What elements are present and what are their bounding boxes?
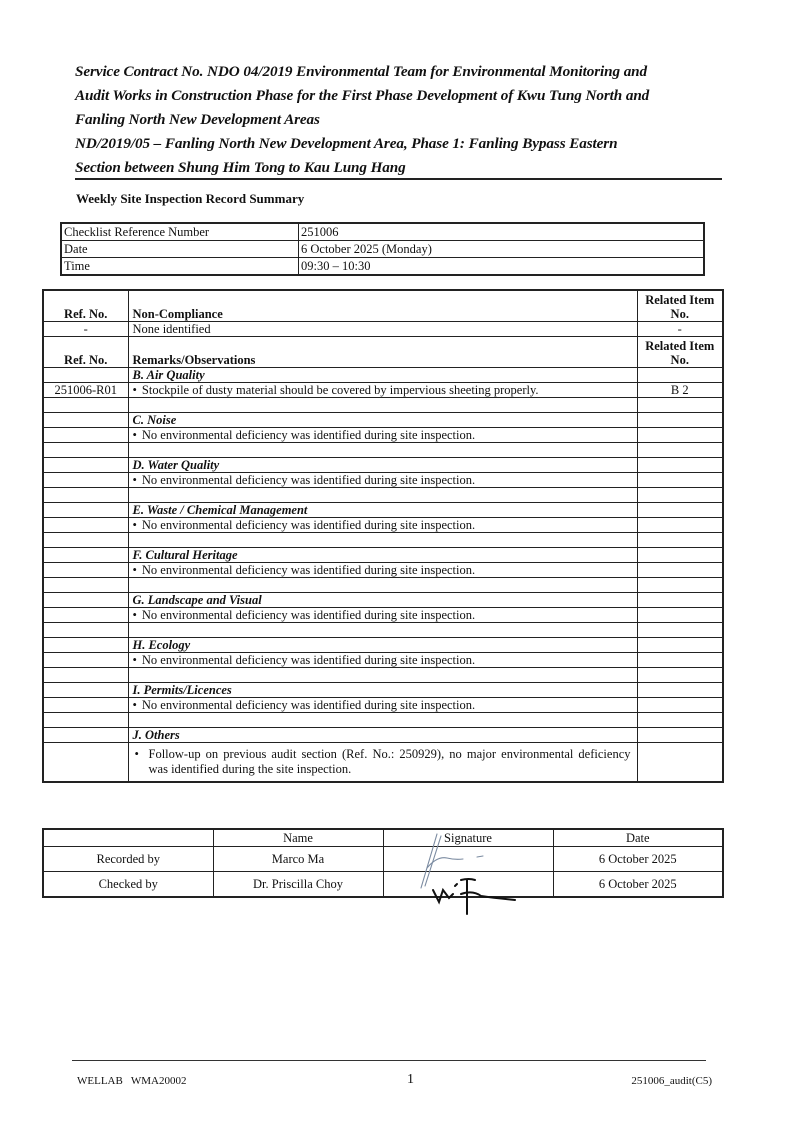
ref-cell <box>43 368 128 383</box>
related-cell <box>637 368 723 383</box>
table-row: No environmental deficiency was identifi… <box>43 428 723 443</box>
empty-cell <box>637 668 723 683</box>
inspection-table: Ref. No. Non-Compliance Related Item No.… <box>42 289 724 783</box>
checklist-meta-table: Checklist Reference Number 251006 Date 6… <box>60 222 705 276</box>
observation-cell: No environmental deficiency was identifi… <box>128 428 637 443</box>
ref-cell <box>43 593 128 608</box>
observation-cell: No environmental deficiency was identifi… <box>128 518 637 533</box>
ref-cell <box>43 503 128 518</box>
category-title-text: E. Waste / Chemical Management <box>133 503 308 517</box>
col-header-name: Name <box>213 829 383 847</box>
category-title: C. Noise <box>128 413 637 428</box>
empty-cell <box>637 623 723 638</box>
col-header-ref: Ref. No. <box>43 337 128 368</box>
table-row: •Follow-up on previous audit section (Re… <box>43 743 723 783</box>
related-cell <box>637 518 723 533</box>
category-title-text: G. Landscape and Visual <box>133 593 262 607</box>
related-cell <box>637 728 723 743</box>
related-cell <box>637 458 723 473</box>
observation-text: No environmental deficiency was identifi… <box>133 653 476 667</box>
observation-text: No environmental deficiency was identifi… <box>133 473 476 487</box>
table-row: No environmental deficiency was identifi… <box>43 563 723 578</box>
empty-cell <box>637 488 723 503</box>
category-title-text: D. Water Quality <box>133 458 220 472</box>
observation-text: No environmental deficiency was identifi… <box>133 428 476 442</box>
header-line: Section between Shung Him Tong to Kau Lu… <box>75 156 707 180</box>
meta-row: Checklist Reference Number 251006 <box>61 223 704 241</box>
table-row: No environmental deficiency was identifi… <box>43 653 723 668</box>
empty-cell <box>43 623 128 638</box>
related-cell: B 2 <box>637 383 723 398</box>
col-header-remarks: Remarks/Observations <box>128 337 637 368</box>
empty-cell <box>637 398 723 413</box>
ref-cell: 251006-R01 <box>43 383 128 398</box>
related-cell <box>637 608 723 623</box>
observation-cell: No environmental deficiency was identifi… <box>128 473 637 488</box>
empty-cell <box>43 668 128 683</box>
spacer-row <box>43 578 723 593</box>
related-cell <box>637 473 723 488</box>
category-title-text: B. Air Quality <box>133 368 205 382</box>
table-row: - None identified - <box>43 322 723 337</box>
category-row: D. Water Quality <box>43 458 723 473</box>
related-cell <box>637 743 723 783</box>
document-header: Service Contract No. NDO 04/2019 Environ… <box>75 60 707 180</box>
ref-cell <box>43 638 128 653</box>
date-cell: 6 October 2025 <box>553 872 723 898</box>
category-row: B. Air Quality <box>43 368 723 383</box>
meta-label: Date <box>61 241 299 258</box>
spacer-row <box>43 398 723 413</box>
observation-cell: No environmental deficiency was identifi… <box>128 563 637 578</box>
header-line: Audit Works in Construction Phase for th… <box>75 84 707 108</box>
category-title-text: I. Permits/Licences <box>133 683 232 697</box>
section-heading: Weekly Site Inspection Record Summary <box>76 191 304 207</box>
meta-value: 251006 <box>299 223 705 241</box>
ref-cell <box>43 683 128 698</box>
category-title-text: J. Others <box>133 728 180 742</box>
footer-divider <box>72 1060 706 1061</box>
related-cell <box>637 428 723 443</box>
related-cell: - <box>637 322 723 337</box>
signoff-row: Recorded by Marco Ma 6 October 2025 <box>43 847 723 872</box>
related-cell <box>637 413 723 428</box>
empty-cell <box>637 713 723 728</box>
observation-text: No environmental deficiency was identifi… <box>133 608 476 622</box>
empty-cell <box>128 578 637 593</box>
related-cell <box>637 638 723 653</box>
category-title-text: C. Noise <box>133 413 177 427</box>
related-cell <box>637 548 723 563</box>
ref-cell <box>43 698 128 713</box>
category-row: I. Permits/Licences <box>43 683 723 698</box>
ref-cell <box>43 413 128 428</box>
header-divider <box>75 178 722 180</box>
meta-row: Time 09:30 – 10:30 <box>61 258 704 276</box>
table-row: No environmental deficiency was identifi… <box>43 698 723 713</box>
related-cell <box>637 683 723 698</box>
non-compliance-header-row: Ref. No. Non-Compliance Related Item No. <box>43 290 723 322</box>
meta-value: 09:30 – 10:30 <box>299 258 705 276</box>
ref-cell <box>43 518 128 533</box>
col-header-related: Related Item No. <box>637 337 723 368</box>
meta-row: Date 6 October 2025 (Monday) <box>61 241 704 258</box>
category-title-text: H. Ecology <box>133 638 191 652</box>
ref-cell <box>43 608 128 623</box>
footer-company-ref: WELLAB WMA20002 <box>77 1075 186 1087</box>
category-title: E. Waste / Chemical Management <box>128 503 637 518</box>
meta-label: Checklist Reference Number <box>61 223 299 241</box>
spacer-row <box>43 533 723 548</box>
empty-cell <box>43 578 128 593</box>
header-line: Fanling North New Development Areas <box>75 108 707 132</box>
header-line: ND/2019/05 – Fanling North New Developme… <box>75 132 707 156</box>
footer-doc-id: 251006_audit(C5) <box>631 1075 712 1087</box>
category-title: F. Cultural Heritage <box>128 548 637 563</box>
header-line: Service Contract No. NDO 04/2019 Environ… <box>75 60 707 84</box>
spacer-row <box>43 443 723 458</box>
empty-cell <box>43 398 128 413</box>
table-row: No environmental deficiency was identifi… <box>43 518 723 533</box>
ref-cell <box>43 458 128 473</box>
empty-cell <box>128 533 637 548</box>
remarks-header-row: Ref. No. Remarks/Observations Related It… <box>43 337 723 368</box>
col-header-date: Date <box>553 829 723 847</box>
spacer-row <box>43 623 723 638</box>
desc-cell: None identified <box>128 322 637 337</box>
empty-cell <box>637 533 723 548</box>
observation-text: Stockpile of dusty material should be co… <box>133 383 539 397</box>
table-row: 251006-R01Stockpile of dusty material sh… <box>43 383 723 398</box>
category-row: E. Waste / Chemical Management <box>43 503 723 518</box>
category-row: C. Noise <box>43 413 723 428</box>
empty-cell <box>128 398 637 413</box>
empty-cell <box>43 713 128 728</box>
col-header-related: Related Item No. <box>637 290 723 322</box>
observation-cell: Stockpile of dusty material should be co… <box>128 383 637 398</box>
signature-cell <box>383 847 553 872</box>
observation-text: No environmental deficiency was identifi… <box>133 698 476 712</box>
empty-cell <box>43 488 128 503</box>
empty-cell <box>637 578 723 593</box>
signature-cell <box>383 872 553 898</box>
category-title: D. Water Quality <box>128 458 637 473</box>
meta-label: Time <box>61 258 299 276</box>
empty-cell <box>43 443 128 458</box>
observation-text: No environmental deficiency was identifi… <box>133 563 476 577</box>
name-cell: Marco Ma <box>213 847 383 872</box>
role-cell: Checked by <box>43 872 213 898</box>
ref-cell <box>43 428 128 443</box>
observation-cell: •Follow-up on previous audit section (Re… <box>128 743 637 783</box>
empty-cell <box>128 488 637 503</box>
ref-cell: - <box>43 322 128 337</box>
category-row: G. Landscape and Visual <box>43 593 723 608</box>
category-title: H. Ecology <box>128 638 637 653</box>
empty-cell <box>43 533 128 548</box>
related-cell <box>637 653 723 668</box>
bullet-icon: • <box>135 747 149 777</box>
spacer-row <box>43 488 723 503</box>
observation-cell: No environmental deficiency was identifi… <box>128 698 637 713</box>
ref-cell <box>43 653 128 668</box>
signoff-table: Name Signature Date Recorded by Marco Ma… <box>42 828 724 898</box>
category-title: I. Permits/Licences <box>128 683 637 698</box>
role-cell: Recorded by <box>43 847 213 872</box>
date-cell: 6 October 2025 <box>553 847 723 872</box>
category-title: B. Air Quality <box>128 368 637 383</box>
observation-cell: No environmental deficiency was identifi… <box>128 653 637 668</box>
col-header-non-compliance: Non-Compliance <box>128 290 637 322</box>
col-header-role <box>43 829 213 847</box>
related-cell <box>637 563 723 578</box>
empty-cell <box>128 668 637 683</box>
empty-cell <box>128 713 637 728</box>
observation-cell: No environmental deficiency was identifi… <box>128 608 637 623</box>
ref-cell <box>43 548 128 563</box>
table-row: No environmental deficiency was identifi… <box>43 473 723 488</box>
category-title: J. Others <box>128 728 637 743</box>
page-number: 1 <box>407 1072 414 1088</box>
meta-value: 6 October 2025 (Monday) <box>299 241 705 258</box>
related-cell <box>637 593 723 608</box>
observation-wrap: •Follow-up on previous audit section (Re… <box>133 747 633 777</box>
related-cell <box>637 503 723 518</box>
signoff-header-row: Name Signature Date <box>43 829 723 847</box>
empty-cell <box>128 443 637 458</box>
table-row: No environmental deficiency was identifi… <box>43 608 723 623</box>
signoff-row: Checked by Dr. Priscilla Choy 6 October … <box>43 872 723 898</box>
ref-cell <box>43 563 128 578</box>
spacer-row <box>43 713 723 728</box>
category-title: G. Landscape and Visual <box>128 593 637 608</box>
empty-cell <box>128 623 637 638</box>
category-title-text: F. Cultural Heritage <box>133 548 238 562</box>
empty-cell <box>637 443 723 458</box>
category-row: H. Ecology <box>43 638 723 653</box>
ref-cell <box>43 743 128 783</box>
observation-text: Follow-up on previous audit section (Ref… <box>149 747 631 777</box>
ref-cell <box>43 728 128 743</box>
related-cell <box>637 698 723 713</box>
col-header-ref: Ref. No. <box>43 290 128 322</box>
name-cell: Dr. Priscilla Choy <box>213 872 383 898</box>
col-header-signature: Signature <box>383 829 553 847</box>
spacer-row <box>43 668 723 683</box>
ref-cell <box>43 473 128 488</box>
category-row: J. Others <box>43 728 723 743</box>
category-row: F. Cultural Heritage <box>43 548 723 563</box>
observation-text: No environmental deficiency was identifi… <box>133 518 476 532</box>
